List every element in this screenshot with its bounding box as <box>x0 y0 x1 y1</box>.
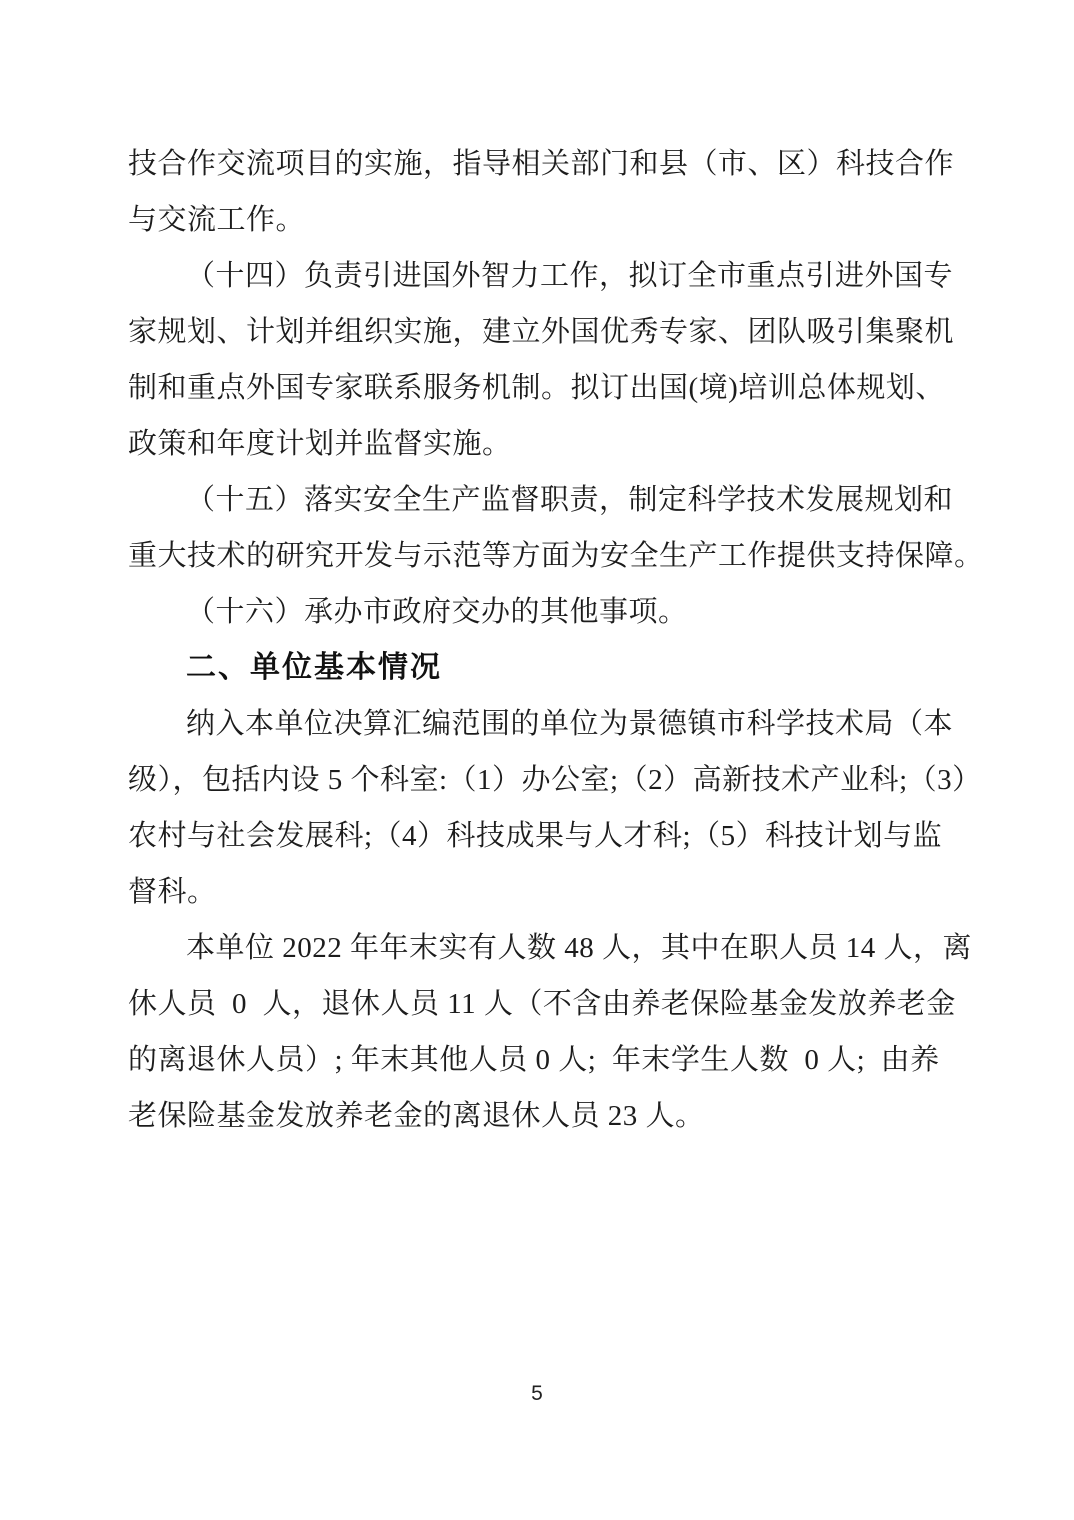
text-line: （十五）落实安全生产监督职责，制定科学技术发展规划和 <box>128 472 958 528</box>
text-line: 督科。 <box>128 864 958 920</box>
text-line: 制和重点外国专家联系服务机制。拟订出国(境)培训总体规划、 <box>128 360 958 416</box>
document-page: 技合作交流项目的实施，指导相关部门和县（市、区）科技合作 与交流工作。 （十四）… <box>0 0 1074 1520</box>
text-line: 级），包括内设 5 个科室:（1）办公室;（2）高新技术产业科;（3） <box>128 752 958 808</box>
text-line: 老保险基金发放养老金的离退休人员 23 人。 <box>128 1088 958 1144</box>
section-heading: 二、单位基本情况 <box>128 640 958 696</box>
text-line: 重大技术的研究开发与示范等方面为安全生产工作提供支持保障。 <box>128 528 958 584</box>
text-line: 家规划、计划并组织实施，建立外国优秀专家、团队吸引集聚机 <box>128 304 958 360</box>
text-line: 休人员 0 人，退休人员 11 人（不含由养老保险基金发放养老金 <box>128 976 958 1032</box>
document-body: 技合作交流项目的实施，指导相关部门和县（市、区）科技合作 与交流工作。 （十四）… <box>128 136 958 1144</box>
text-line: 与交流工作。 <box>128 192 958 248</box>
text-line: 纳入本单位决算汇编范围的单位为景德镇市科学技术局（本 <box>128 696 958 752</box>
text-line: （十六）承办市政府交办的其他事项。 <box>128 584 958 640</box>
text-line: （十四）负责引进国外智力工作，拟订全市重点引进外国专 <box>128 248 958 304</box>
text-line: 农村与社会发展科;（4）科技成果与人才科;（5）科技计划与监 <box>128 808 958 864</box>
text-line: 本单位 2022 年年末实有人数 48 人，其中在职人员 14 人，离 <box>128 920 958 976</box>
text-line: 技合作交流项目的实施，指导相关部门和县（市、区）科技合作 <box>128 136 958 192</box>
page-number: 5 <box>0 1382 1074 1406</box>
text-line: 的离退休人员）; 年末其他人员 0 人; 年末学生人数 0 人; 由养 <box>128 1032 958 1088</box>
text-line: 政策和年度计划并监督实施。 <box>128 416 958 472</box>
